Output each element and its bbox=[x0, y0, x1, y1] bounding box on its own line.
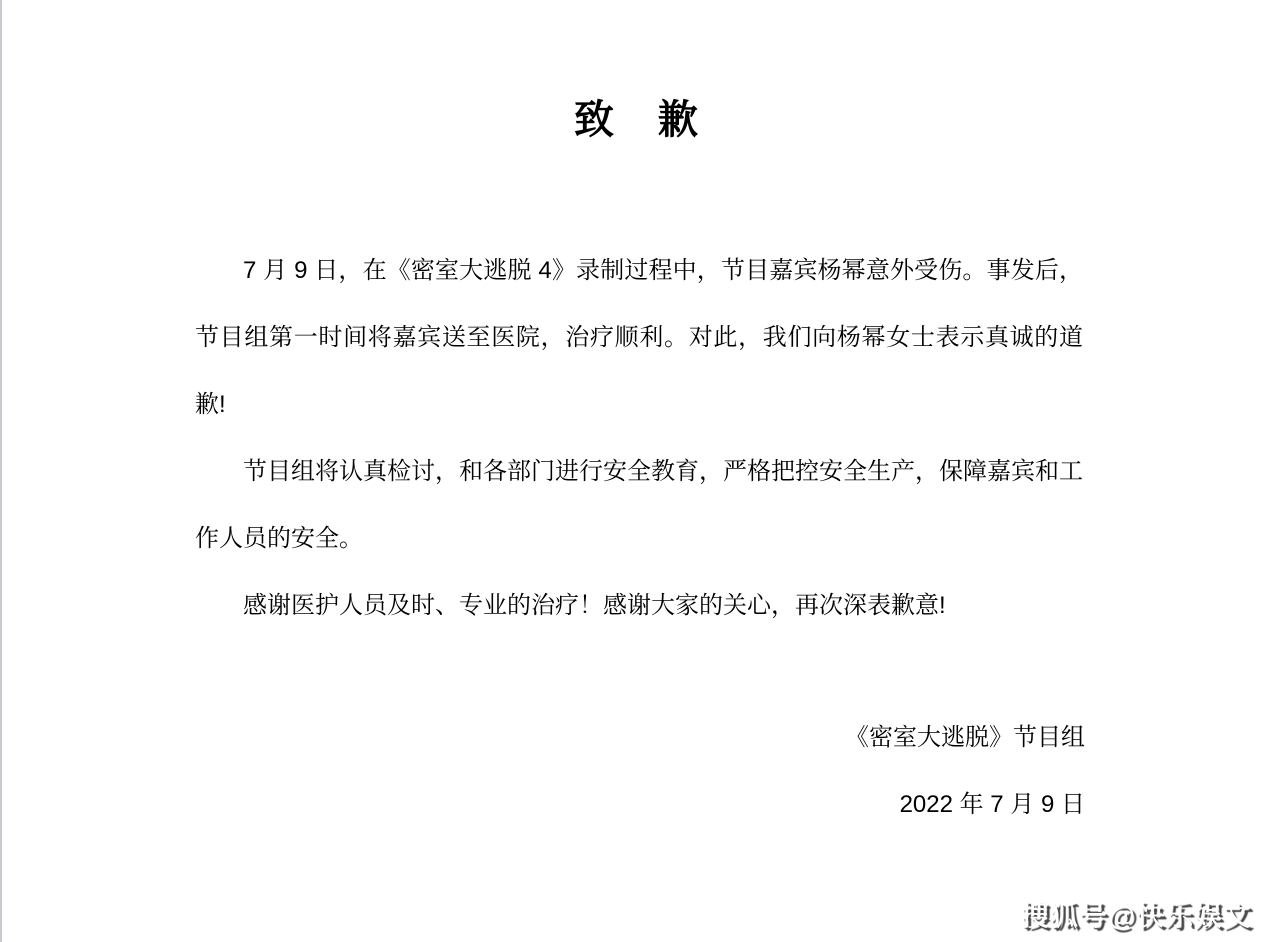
letter-date: 2022 年 7 月 9 日 bbox=[0, 771, 1085, 838]
apology-letter-page: { "page": { "background_color": "#ffffff… bbox=[0, 0, 1274, 942]
letter-footer: 《密室大逃脱》节目组 2022 年 7 月 9 日 bbox=[0, 704, 1085, 838]
letter-paragraph-incident: 7 月 9 日，在《密室大逃脱 4》录制过程中，节目嘉宾杨幂意外受伤。事发后，节… bbox=[195, 237, 1083, 438]
letter-paragraph-thanks: 感谢医护人员及时、专业的治疗！感谢大家的关心，再次深表歉意! bbox=[195, 572, 1083, 639]
letter-signature: 《密室大逃脱》节目组 bbox=[0, 704, 1085, 771]
sohu-watermark: 搜狐号@快乐娱文 bbox=[1021, 894, 1252, 934]
letter-title: 致 歉 bbox=[0, 96, 1274, 144]
left-edge-line bbox=[0, 0, 2, 942]
letter-paragraph-measures: 节目组将认真检讨，和各部门进行安全教育，严格把控安全生产，保障嘉宾和工作人员的安… bbox=[195, 438, 1083, 572]
letter-body: 7 月 9 日，在《密室大逃脱 4》录制过程中，节目嘉宾杨幂意外受伤。事发后，节… bbox=[195, 237, 1083, 639]
